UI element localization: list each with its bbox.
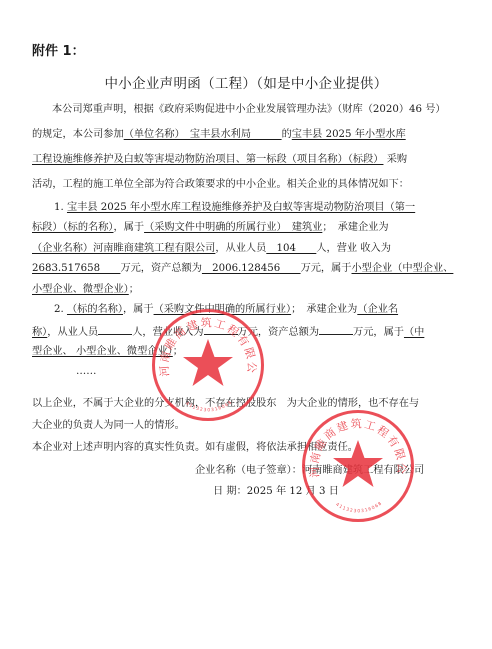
attachment-label: 附件 1：: [32, 40, 85, 59]
seal-graphic: 河南睢商建筑工程有限公司 4113230316068: [302, 410, 414, 522]
seal-code: 4113230316068: [184, 399, 233, 413]
text: 活动，工程的施工单位全部为符合政策要求的中小企业。相关企业的具体情况如下：: [32, 179, 409, 190]
item-1-line-2: 标段）（标的名称），属于（采购文件中明确的所属行业） 建筑业； 承建企业为: [32, 221, 462, 235]
item-1-line-5: 小型企业、微型企业）；: [32, 283, 462, 297]
revenue-field: 2683.517658: [32, 263, 120, 274]
item-1-line-4: 2683.517658 万元，资产总额为 2006.128456 万元，属于小型…: [32, 262, 462, 276]
text: ，从业人员: [47, 327, 98, 338]
item-number: 1.: [54, 202, 67, 213]
enterprise-size-field: （中: [404, 327, 424, 338]
employees-field: 104: [266, 243, 316, 254]
text: ，属于: [114, 222, 145, 233]
assets-blank: [319, 324, 353, 335]
enterprise-size-field: 小型企业（中型企业、: [352, 263, 454, 274]
lot-name-field: 标段）（标的名称）: [32, 222, 114, 233]
lot-name-field: 宝丰县 2025 年小型水库工程设施维修养护及白蚁等害堤动物防治项目（第一: [67, 202, 415, 213]
text: ； 承建企业为: [322, 222, 388, 233]
industry-field: （采购文件中明确的所属行业） 建筑业: [144, 222, 322, 233]
company-seal-stamp: 河南睢商建筑工程有限公司 4113230316068: [152, 309, 264, 421]
text: 的: [282, 129, 292, 140]
item-number: 2.: [54, 304, 67, 315]
item-1-line-3: （企业名称）河南睢商建筑工程有限公司，从业人员 104 人，营业 收入为: [32, 242, 462, 256]
text: 大企业的负责人为同一人的情形。: [32, 420, 185, 431]
document-page: 附件 1： 中小企业声明函（工程）（如是中小企业提供） 本公司郑重声明，根据《政…: [0, 0, 492, 649]
enterprise-size-field: 小型企业、微型企业）: [32, 284, 129, 295]
paragraph-1-line-2: 的规定，本公司参加（单位名称） 宝丰县水利局 的宝丰县 2025 年小型水库: [32, 128, 462, 142]
lot-name-field: （标的名称）: [67, 304, 123, 315]
company-name-field: （企业名称）河南睢商建筑工程有限公司: [32, 243, 215, 254]
text: 本公司郑重声明，根据《政府采购促进中小企业发展管理办法》（财库（2020）46 …: [52, 104, 446, 115]
paragraph-1-line-4: 活动，工程的施工单位全部为符合政策要求的中小企业。相关企业的具体情况如下：: [32, 178, 462, 192]
text: ，从业人员: [215, 243, 266, 254]
text: ；: [129, 284, 139, 295]
company-name-field: 称）: [32, 327, 47, 338]
svg-text:4113230316068: 4113230316068: [334, 500, 383, 514]
text: 万元，属于: [353, 327, 404, 338]
text: 的规定，本公司参加: [32, 129, 124, 140]
total-assets-field: 2006.128456: [202, 263, 301, 274]
paragraph-1-line-3: 工程设施维修养护及白蚁等害堤动物防治项目、第一标段（项目名称）（标段） 采购: [32, 153, 462, 167]
star-icon: [183, 339, 233, 386]
text: 万元，资产总额为: [120, 263, 202, 274]
paragraph-1-line-1: 本公司郑重声明，根据《政府采购促进中小企业发展管理办法》（财库（2020）46 …: [32, 103, 482, 117]
seal-graphic: 河南睢商建筑工程有限公司 4113230316068: [152, 309, 264, 421]
document-title: 中小企业声明函（工程）（如是中小企业提供）: [0, 72, 492, 92]
company-seal-stamp-2: 河南睢商建筑工程有限公司 4113230316068: [302, 410, 414, 522]
project-name-field: 工程设施维修养护及白蚁等害堤动物防治项目、第一标段（项目名称）（标段）: [32, 154, 383, 165]
svg-text:4113230316068: 4113230316068: [184, 399, 233, 413]
text: ，属于: [123, 304, 154, 315]
item-1-line-1: 1. 宝丰县 2025 年小型水库工程设施维修养护及白蚁等害堤动物防治项目（第一: [32, 201, 484, 215]
star-icon: [333, 440, 383, 487]
purchaser-name-field: （单位名称） 宝丰县水利局: [124, 129, 282, 140]
text: ； 承建企业为: [291, 304, 357, 315]
seal-code: 4113230316068: [334, 500, 383, 514]
company-name-field: （企业名: [357, 304, 398, 315]
text: 采购: [383, 154, 407, 165]
text: 人，营业 收入为: [316, 243, 391, 254]
employees-blank: [98, 324, 132, 335]
project-name-field: 宝丰县 2025 年小型水库: [292, 129, 406, 140]
text: 万元，属于: [301, 263, 352, 274]
